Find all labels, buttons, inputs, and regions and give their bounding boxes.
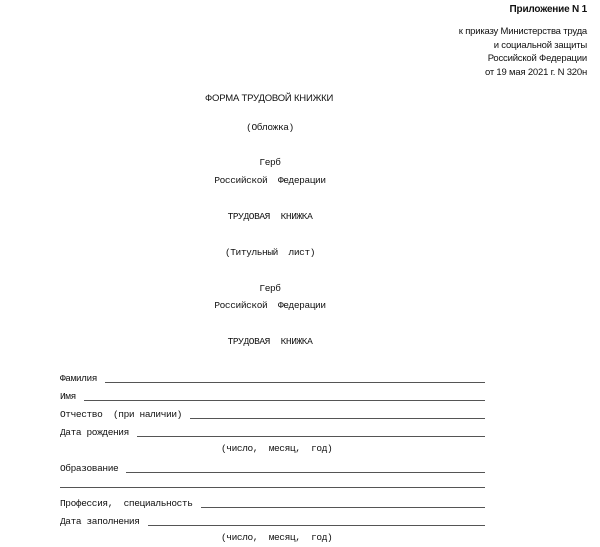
title-page-section-label: (Титульный лист)	[0, 247, 540, 258]
profession-input-line[interactable]	[201, 507, 485, 508]
fill-date-input-line[interactable]	[148, 525, 485, 526]
cover-book-title: ТРУДОВАЯ КНИЖКА	[0, 211, 540, 222]
order-ref-line: от 19 мая 2021 г. N 320н	[459, 66, 587, 80]
profession-field: Профессия, специальность	[60, 497, 485, 509]
order-reference: к приказу Министерства труда и социально…	[459, 25, 587, 79]
cover-emblem-country: Российской Федерации	[0, 175, 540, 186]
surname-field: Фамилия	[60, 372, 485, 384]
order-ref-line: к приказу Министерства труда	[459, 25, 587, 39]
patronymic-field: Отчество (при наличии)	[60, 408, 485, 420]
first-name-input-line[interactable]	[84, 400, 485, 401]
order-ref-line: Российской Федерации	[459, 52, 587, 66]
patronymic-label: Отчество (при наличии)	[60, 409, 182, 420]
birth-date-hint: (число, месяц, год)	[221, 443, 332, 454]
cover-emblem-label: Герб	[0, 157, 540, 168]
appendix-title: Приложение N 1	[510, 4, 587, 15]
education-extra-line[interactable]	[60, 487, 485, 488]
education-label: Образование	[60, 463, 118, 474]
patronymic-input-line[interactable]	[190, 418, 485, 419]
title-page-emblem-country: Российской Федерации	[0, 300, 540, 311]
education-field: Образование	[60, 462, 485, 474]
birth-date-input-line[interactable]	[137, 436, 485, 437]
fill-date-hint: (число, месяц, год)	[221, 532, 332, 543]
cover-section-label: (Обложка)	[0, 122, 540, 133]
surname-input-line[interactable]	[105, 382, 485, 383]
title-page-book-title: ТРУДОВАЯ КНИЖКА	[0, 336, 540, 347]
surname-label: Фамилия	[60, 373, 97, 384]
profession-label: Профессия, специальность	[60, 498, 193, 509]
fill-date-label: Дата заполнения	[60, 516, 140, 527]
order-ref-line: и социальной защиты	[459, 39, 587, 53]
birth-date-label: Дата рождения	[60, 427, 129, 438]
education-input-line[interactable]	[126, 472, 485, 473]
fill-date-field: Дата заполнения	[60, 515, 485, 527]
form-title: ФОРМА ТРУДОВОЙ КНИЖКИ	[205, 93, 333, 104]
title-page-emblem-label: Герб	[0, 283, 540, 294]
first-name-field: Имя	[60, 390, 485, 402]
birth-date-field: Дата рождения	[60, 426, 485, 438]
first-name-label: Имя	[60, 391, 76, 402]
